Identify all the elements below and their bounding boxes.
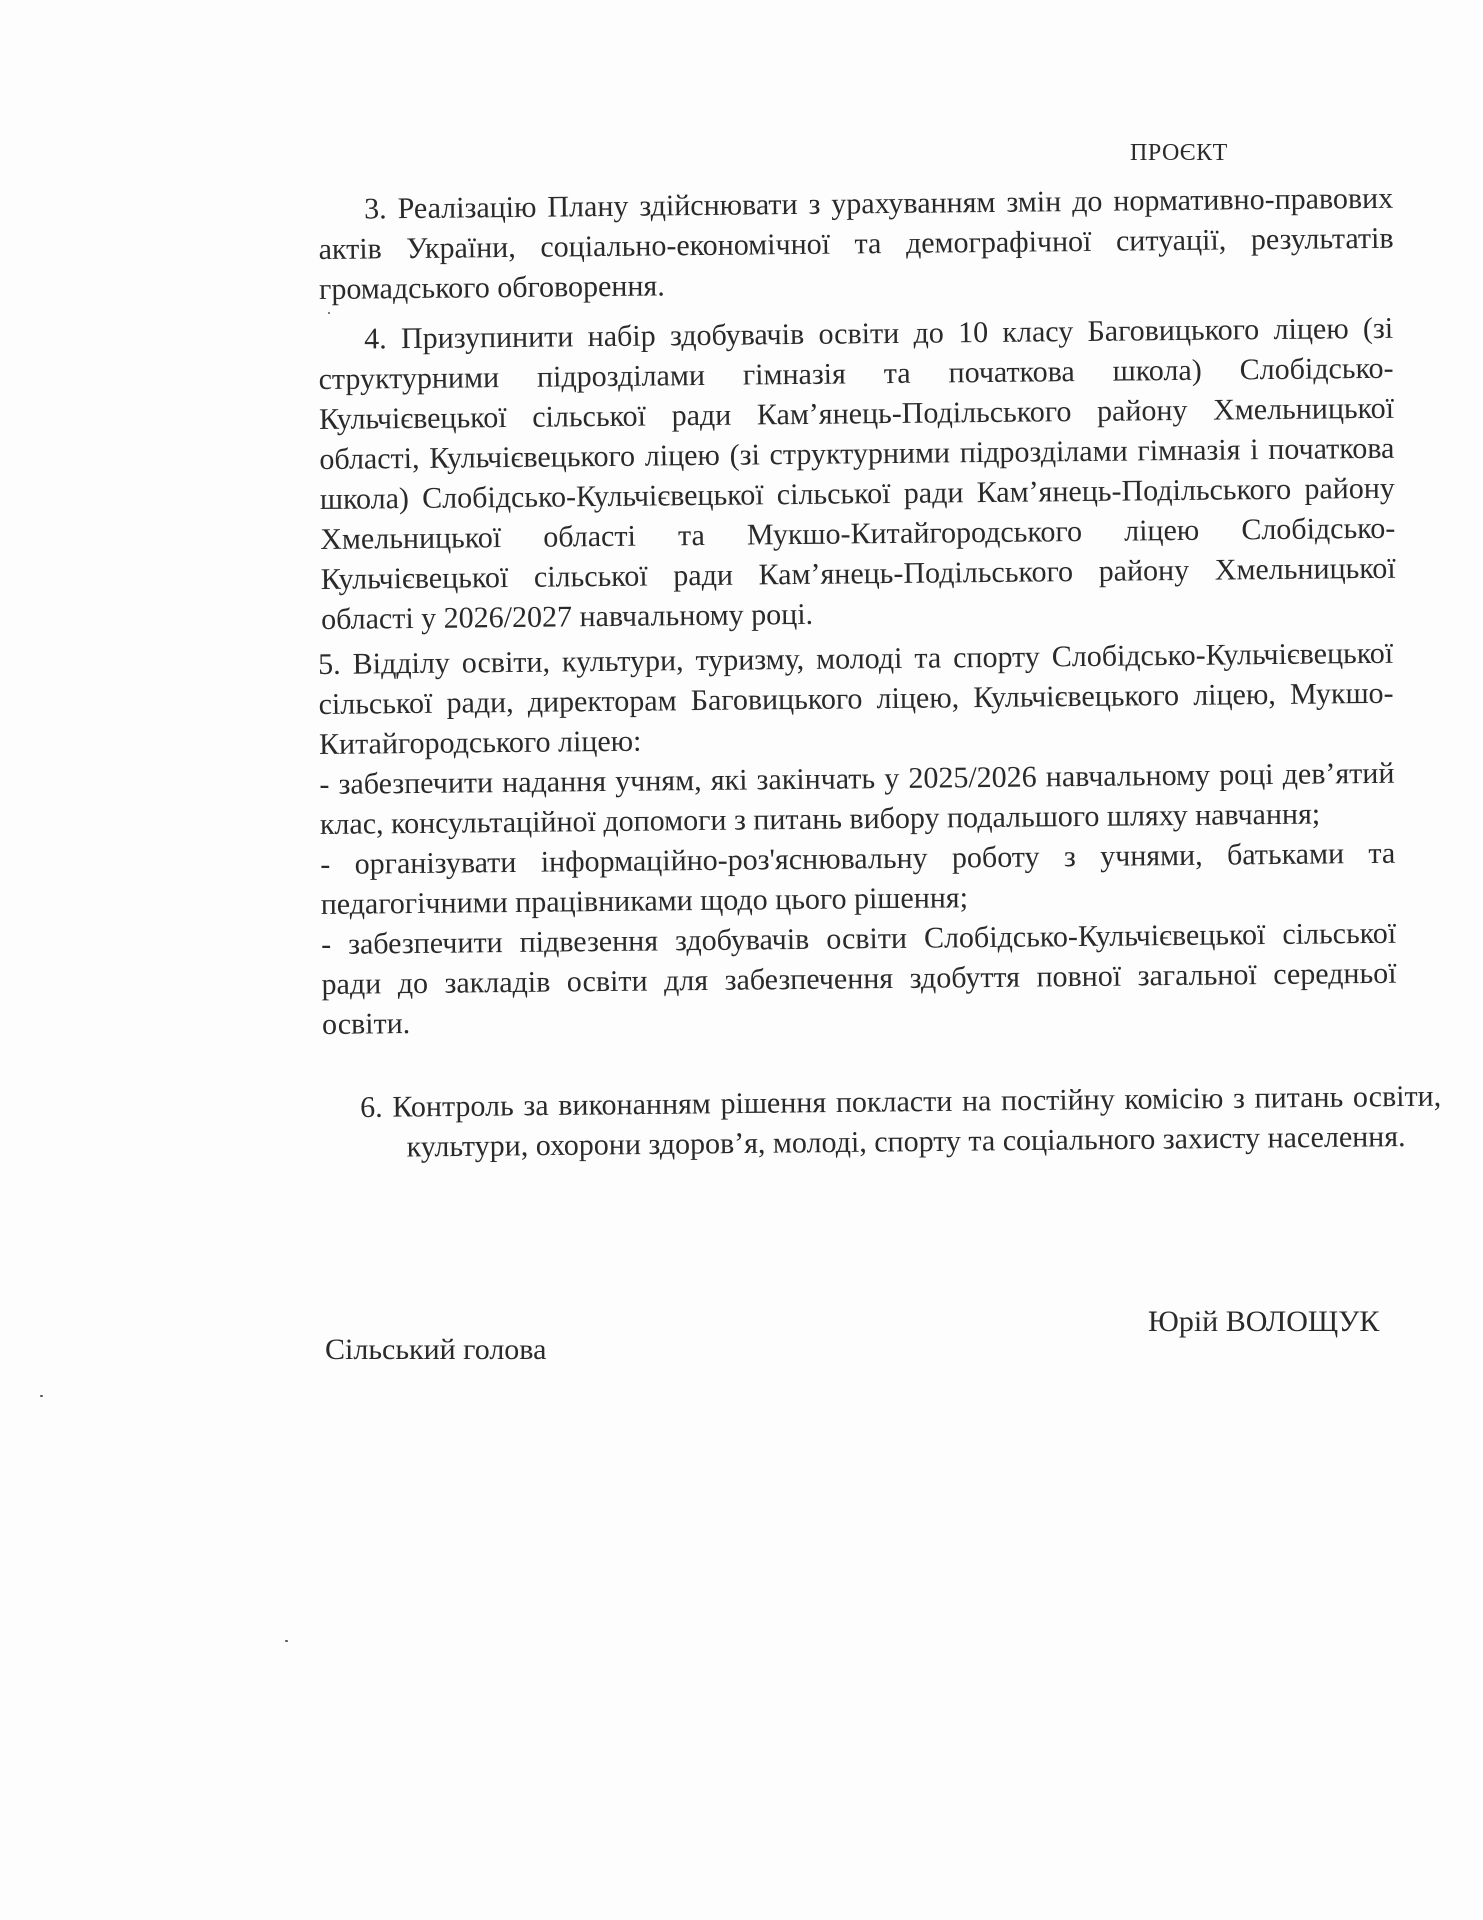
scan-speck xyxy=(40,1395,43,1397)
document-page: ПРОЄКТ 3. Реалізацію Плану здійснювати з… xyxy=(0,0,1483,1920)
paragraph-6: 6. Контроль за виконанням рішення поклас… xyxy=(360,1077,1442,1168)
paragraph-5-item: - забезпечити підвезення здобувачів осві… xyxy=(321,914,1397,1045)
scan-speck xyxy=(328,312,330,314)
draft-stamp: ПРОЄКТ xyxy=(1130,140,1228,167)
signer-name: Юрій ВОЛОЩУК xyxy=(1148,1305,1379,1339)
paragraph-5: 5. Відділу освіти, культури, туризму, мо… xyxy=(318,634,1397,1045)
scan-speck xyxy=(285,1640,288,1642)
paragraph-5-item: - забезпечити надання учням, які закінча… xyxy=(319,754,1395,845)
paragraph-5-intro: 5. Відділу освіти, культури, туризму, мо… xyxy=(318,634,1394,765)
paragraph-3: 3. Реалізацію Плану здійснювати з урахув… xyxy=(318,179,1394,310)
signer-title: Сільський голова xyxy=(325,1333,546,1367)
paragraph-4: 4. Призупинити набір здобувачів освіти д… xyxy=(318,309,1396,640)
paragraph-5-item: - організувати інформаційно-роз'яснюваль… xyxy=(320,834,1396,925)
